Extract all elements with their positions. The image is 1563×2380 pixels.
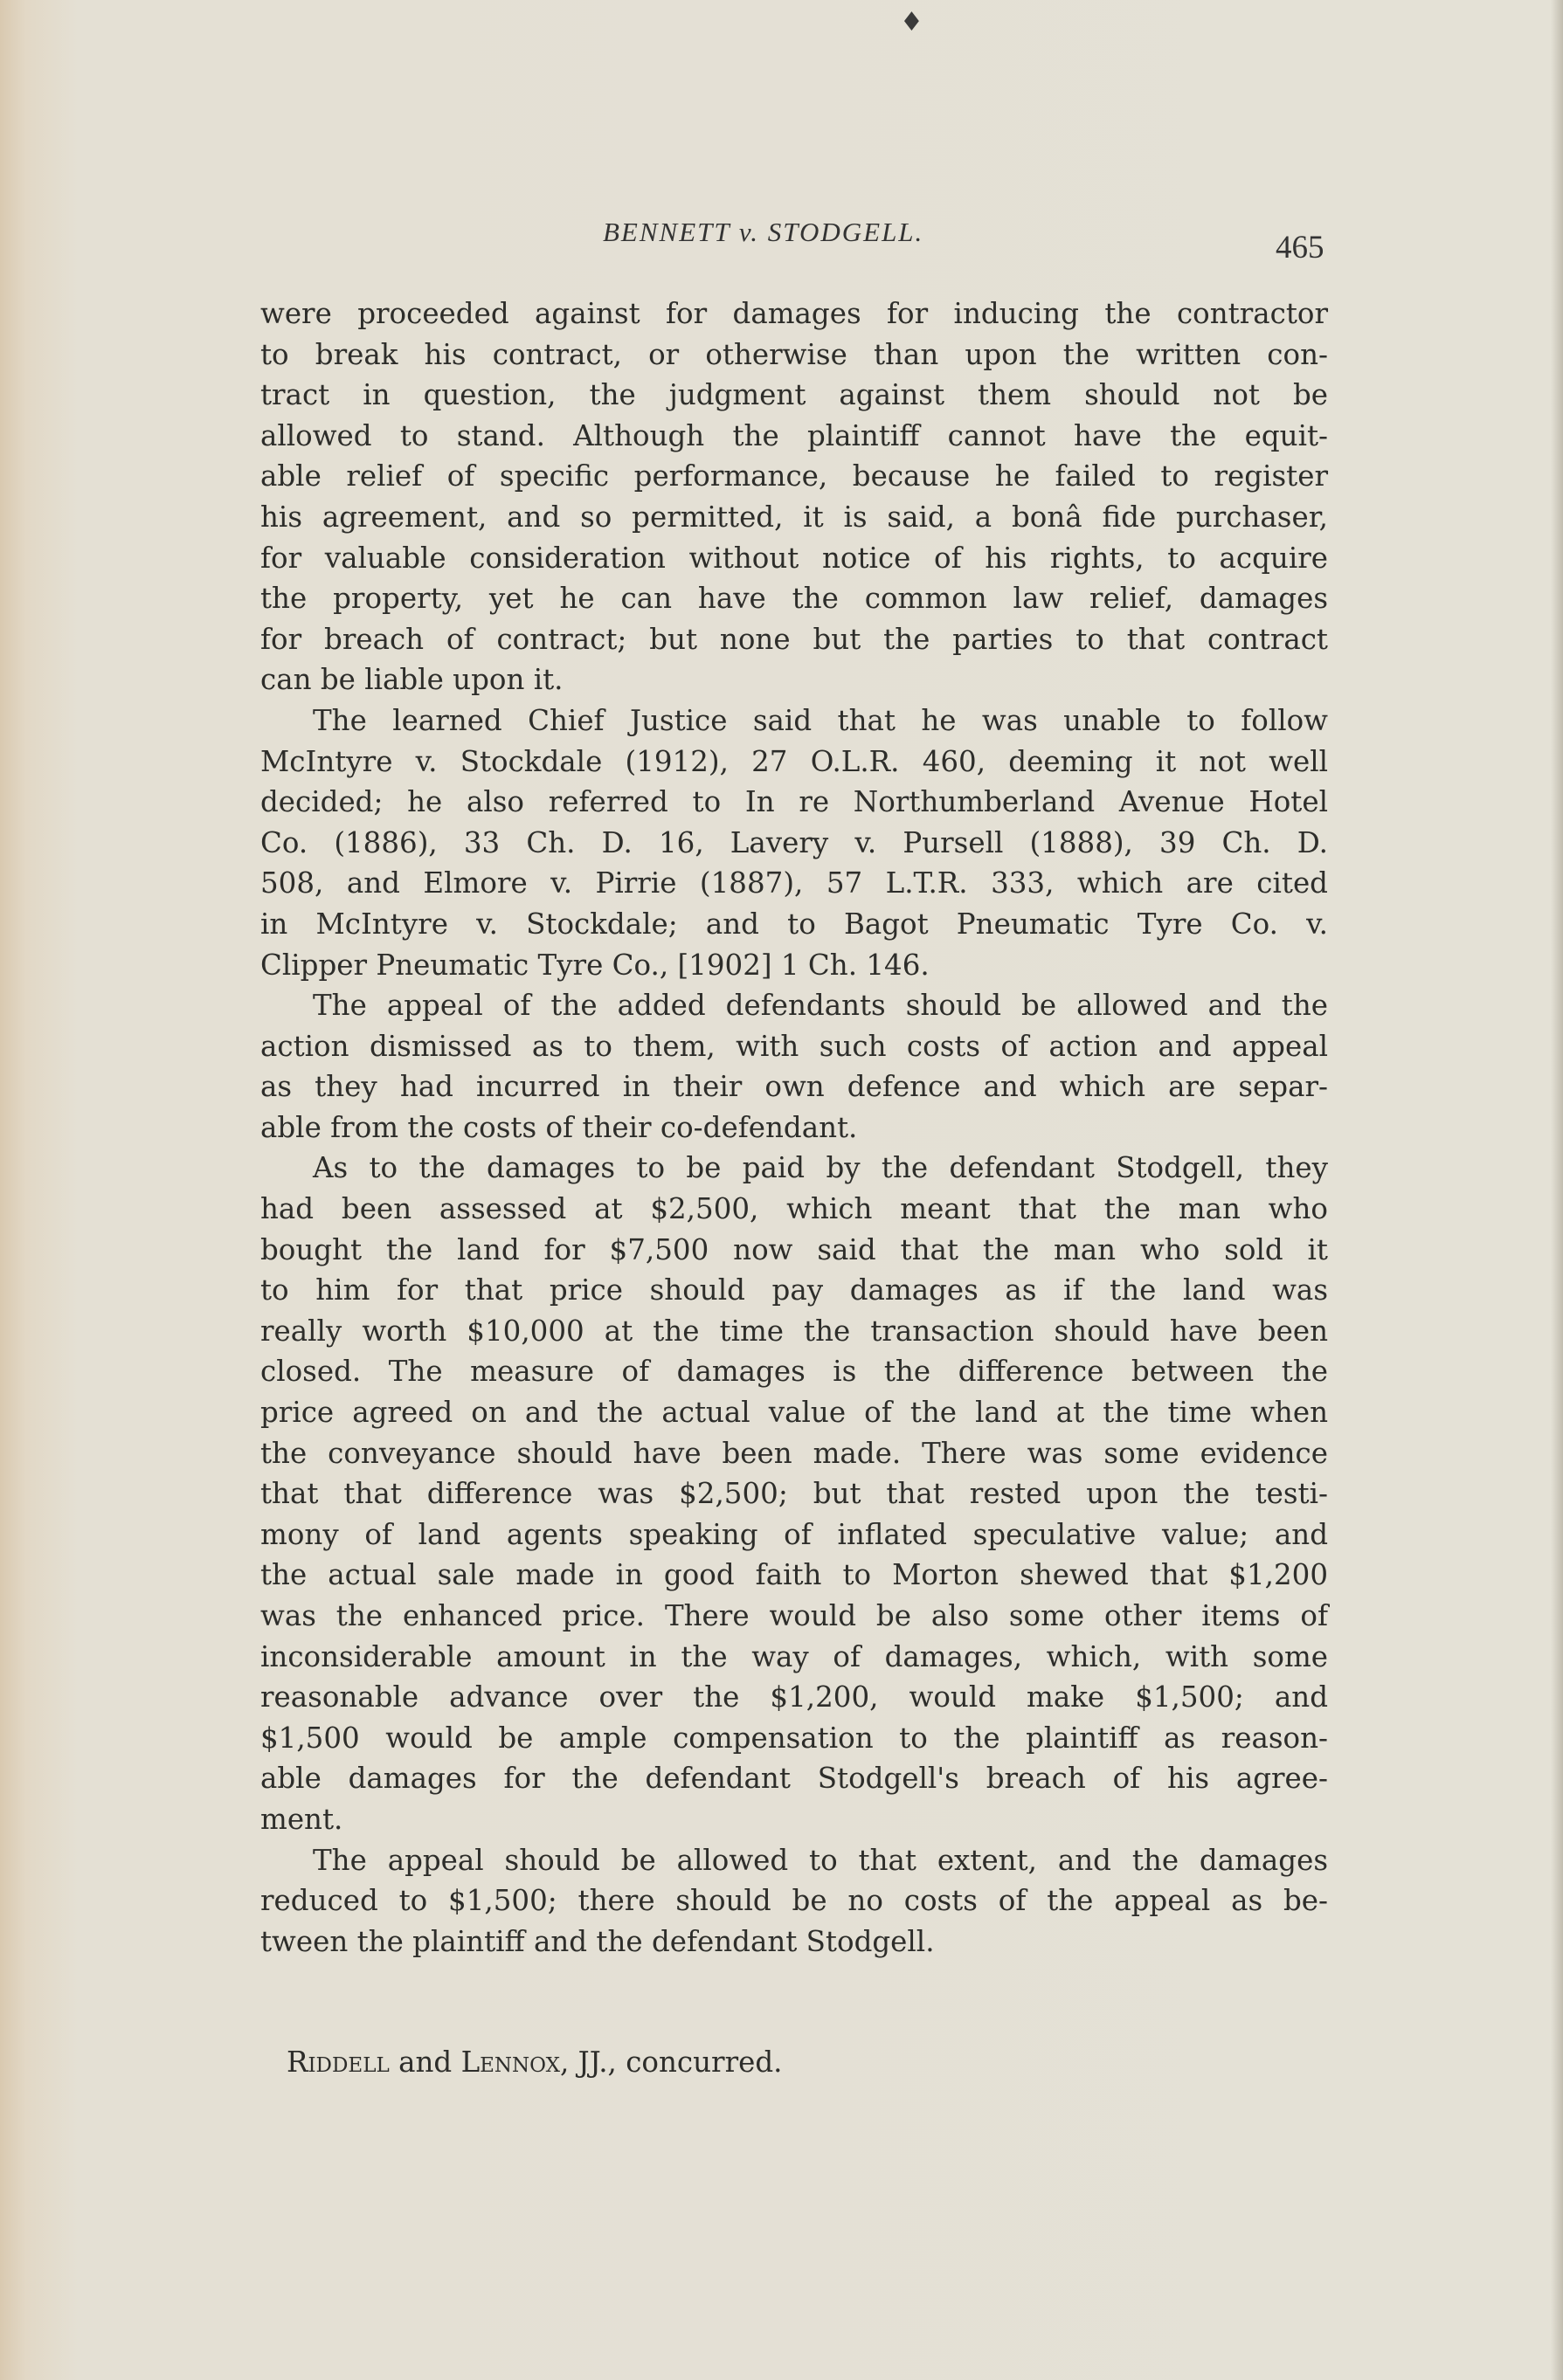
text-line: McIntyre v. Stockdale (1912), 27 O.L.R. …: [260, 742, 1328, 783]
paragraph: The appeal of the added defendants shoul…: [260, 985, 1328, 1148]
text-line: $1,500 would be ample compensation to th…: [260, 1718, 1328, 1759]
text-line: bought the land for $7,500 now said that…: [260, 1230, 1328, 1271]
text-line: The appeal of the added defendants shoul…: [260, 985, 1328, 1026]
text-line: for breach of contract; but none but the…: [260, 619, 1328, 660]
judge-name: Riddell: [287, 2045, 390, 2079]
text-line: can be liable upon it.: [260, 659, 1328, 700]
text-line: price agreed on and the actual value of …: [260, 1392, 1328, 1433]
text-line: tween the plaintiff and the defendant St…: [260, 1921, 1328, 1963]
paragraph: were proceeded against for damages for i…: [260, 293, 1328, 700]
text-line: mony of land agents speaking of inflated…: [260, 1514, 1328, 1556]
text-line: the actual sale made in good faith to Mo…: [260, 1555, 1328, 1596]
text-line: his agreement, and so permitted, it is s…: [260, 497, 1328, 538]
text-line: Clipper Pneumatic Tyre Co., [1902] 1 Ch.…: [260, 945, 1328, 986]
text-line: Co. (1886), 33 Ch. D. 16, Lavery v. Purs…: [260, 823, 1328, 864]
text-line: for valuable consideration without notic…: [260, 538, 1328, 579]
text-line: able relief of specific performance, bec…: [260, 456, 1328, 497]
body-text: were proceeded against for damages for i…: [260, 293, 1328, 1962]
text-line: really worth $10,000 at the time the tra…: [260, 1311, 1328, 1352]
text-line: decided; he also referred to In re North…: [260, 782, 1328, 823]
text-line: 508, and Elmore v. Pirrie (1887), 57 L.T…: [260, 863, 1328, 904]
page-number: 465: [1276, 229, 1324, 266]
judge-name: Lennox: [461, 2045, 560, 2079]
text-line: allowed to stand. Although the plaintiff…: [260, 416, 1328, 457]
text-line: reduced to $1,500; there should be no co…: [260, 1880, 1328, 1921]
text-line: the property, yet he can have the common…: [260, 578, 1328, 619]
text-line: closed. The measure of damages is the di…: [260, 1351, 1328, 1392]
text-line: able from the costs of their co-defendan…: [260, 1107, 1328, 1149]
text-line: The learned Chief Justice said that he w…: [260, 700, 1328, 742]
running-head: BENNETT v. STODGELL.: [603, 217, 923, 248]
paragraph: The learned Chief Justice said that he w…: [260, 700, 1328, 985]
text-line: tract in question, the judgment against …: [260, 375, 1328, 416]
text-line: As to the damages to be paid by the defe…: [260, 1148, 1328, 1189]
printer-mark-icon: ♦: [900, 7, 923, 38]
paragraph: The appeal should be allowed to that ext…: [260, 1840, 1328, 1963]
page-edge-shadow: [1551, 0, 1563, 2380]
text-line: that that difference was $2,500; but tha…: [260, 1473, 1328, 1514]
text-line: action dismissed as to them, with such c…: [260, 1026, 1328, 1067]
book-page: ♦ BENNETT v. STODGELL. 465 were proceede…: [0, 0, 1563, 2380]
text-line: had been assessed at $2,500, which meant…: [260, 1189, 1328, 1230]
text-line: inconsiderable amount in the way of dama…: [260, 1637, 1328, 1678]
text-line: the conveyance should have been made. Th…: [260, 1433, 1328, 1474]
text-line: able damages for the defendant Stodgell'…: [260, 1758, 1328, 1799]
text-line: The appeal should be allowed to that ext…: [260, 1840, 1328, 1881]
concurrence-line: Riddell and Lennox, JJ., concurred.: [287, 2045, 782, 2079]
text-line: ment.: [260, 1799, 1328, 1840]
text-line: was the enhanced price. There would be a…: [260, 1596, 1328, 1637]
text-line: reasonable advance over the $1,200, woul…: [260, 1677, 1328, 1718]
text-line: as they had incurred in their own defenc…: [260, 1066, 1328, 1107]
text-line: were proceeded against for damages for i…: [260, 293, 1328, 335]
text-line: to break his contract, or otherwise than…: [260, 335, 1328, 376]
paragraph: As to the damages to be paid by the defe…: [260, 1148, 1328, 1839]
text-line: to him for that price should pay damages…: [260, 1270, 1328, 1311]
text-line: in McIntyre v. Stockdale; and to Bagot P…: [260, 904, 1328, 945]
